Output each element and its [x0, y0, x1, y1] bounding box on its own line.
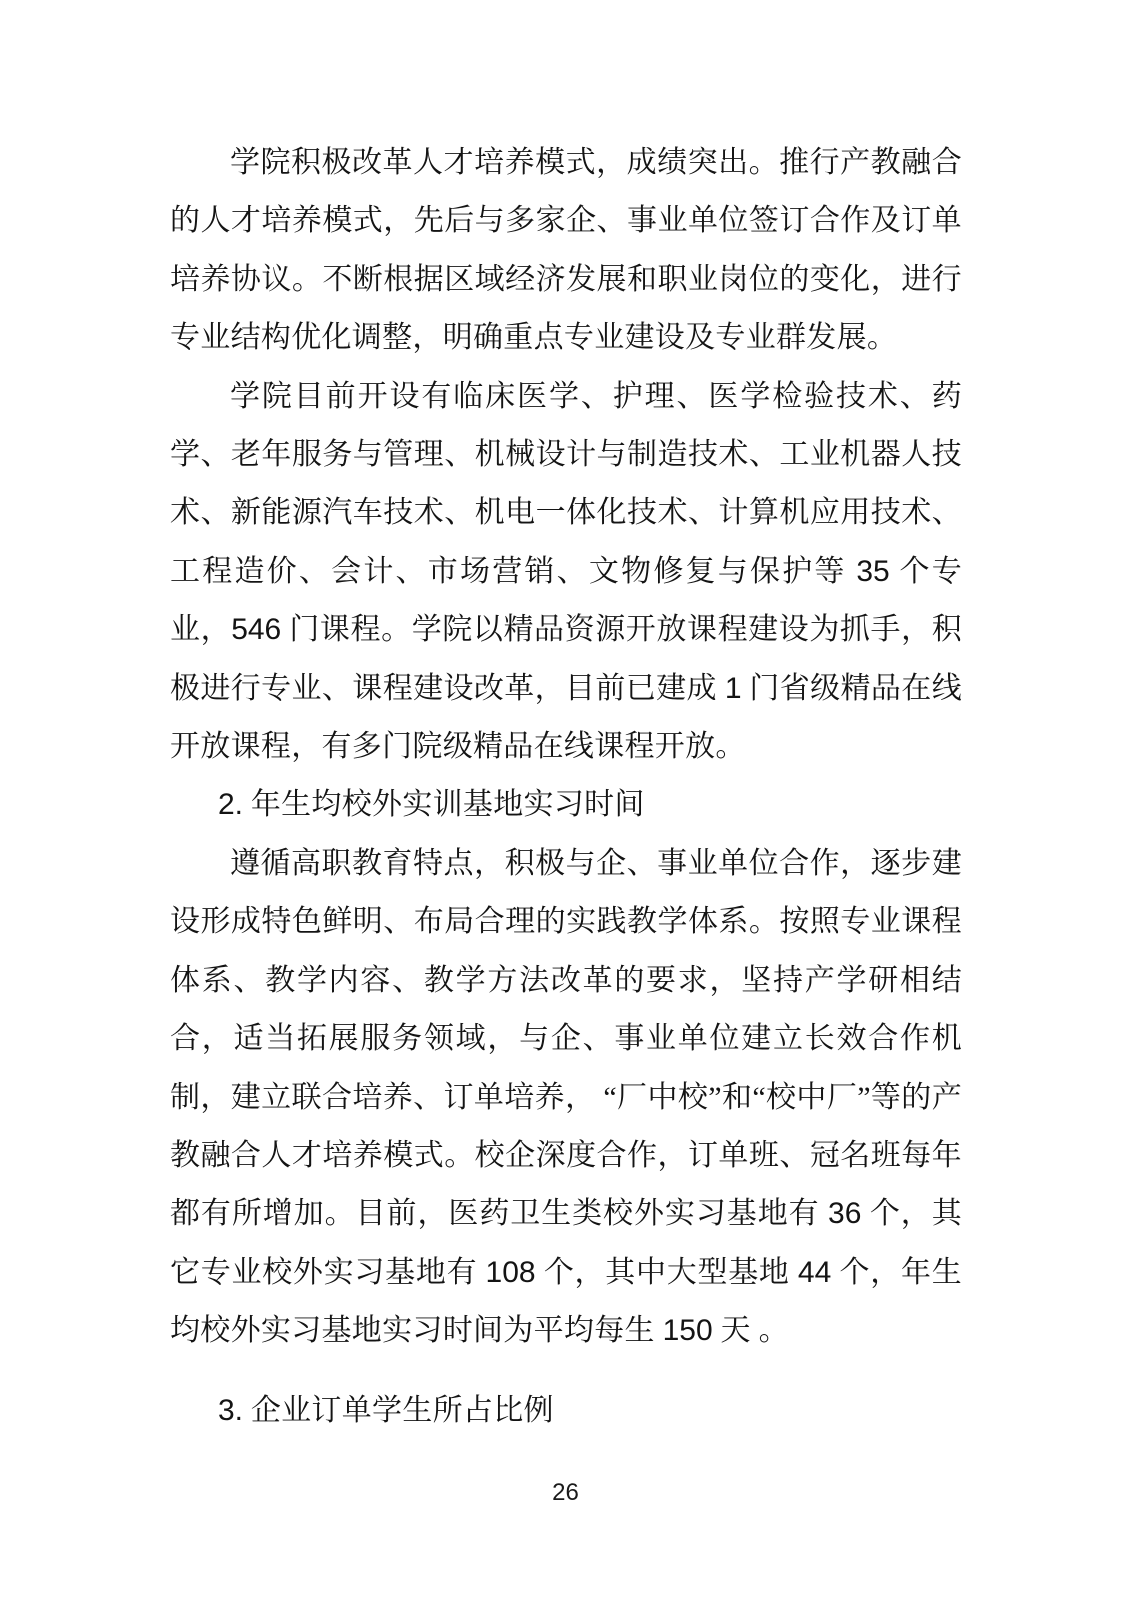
inline-number: 108	[486, 1256, 536, 1289]
inline-number: 1	[725, 672, 742, 705]
section-heading: 3. 企业订单学生所占比例	[170, 1382, 962, 1440]
inline-number: 2.	[218, 788, 243, 821]
document-page: 学院积极改革人才培养模式，成绩突出。推行产教融合的人才培养模式，先后与多家企、事…	[0, 0, 1131, 1600]
inline-number: 3.	[218, 1394, 243, 1427]
inline-number: 546	[231, 613, 281, 646]
body-paragraph: 学院目前开设有临床医学、护理、医学检验技术、药学、老年服务与管理、机械设计与制造…	[170, 368, 962, 777]
body-paragraph: 遵循高职教育特点，积极与企、事业单位合作，逐步建设形成特色鲜明、布局合理的实践教…	[170, 835, 962, 1361]
page-number: 26	[0, 1479, 1131, 1507]
inline-number: 35	[856, 555, 889, 588]
inline-number: 36	[828, 1197, 861, 1230]
body-paragraph: 学院积极改革人才培养模式，成绩突出。推行产教融合的人才培养模式，先后与多家企、事…	[170, 134, 962, 368]
inline-number: 150	[663, 1314, 713, 1347]
inline-number: 44	[798, 1256, 831, 1289]
section-heading: 2. 年生均校外实训基地实习时间	[170, 776, 962, 834]
paragraph-container: 学院积极改革人才培养模式，成绩突出。推行产教融合的人才培养模式，先后与多家企、事…	[170, 134, 962, 1440]
